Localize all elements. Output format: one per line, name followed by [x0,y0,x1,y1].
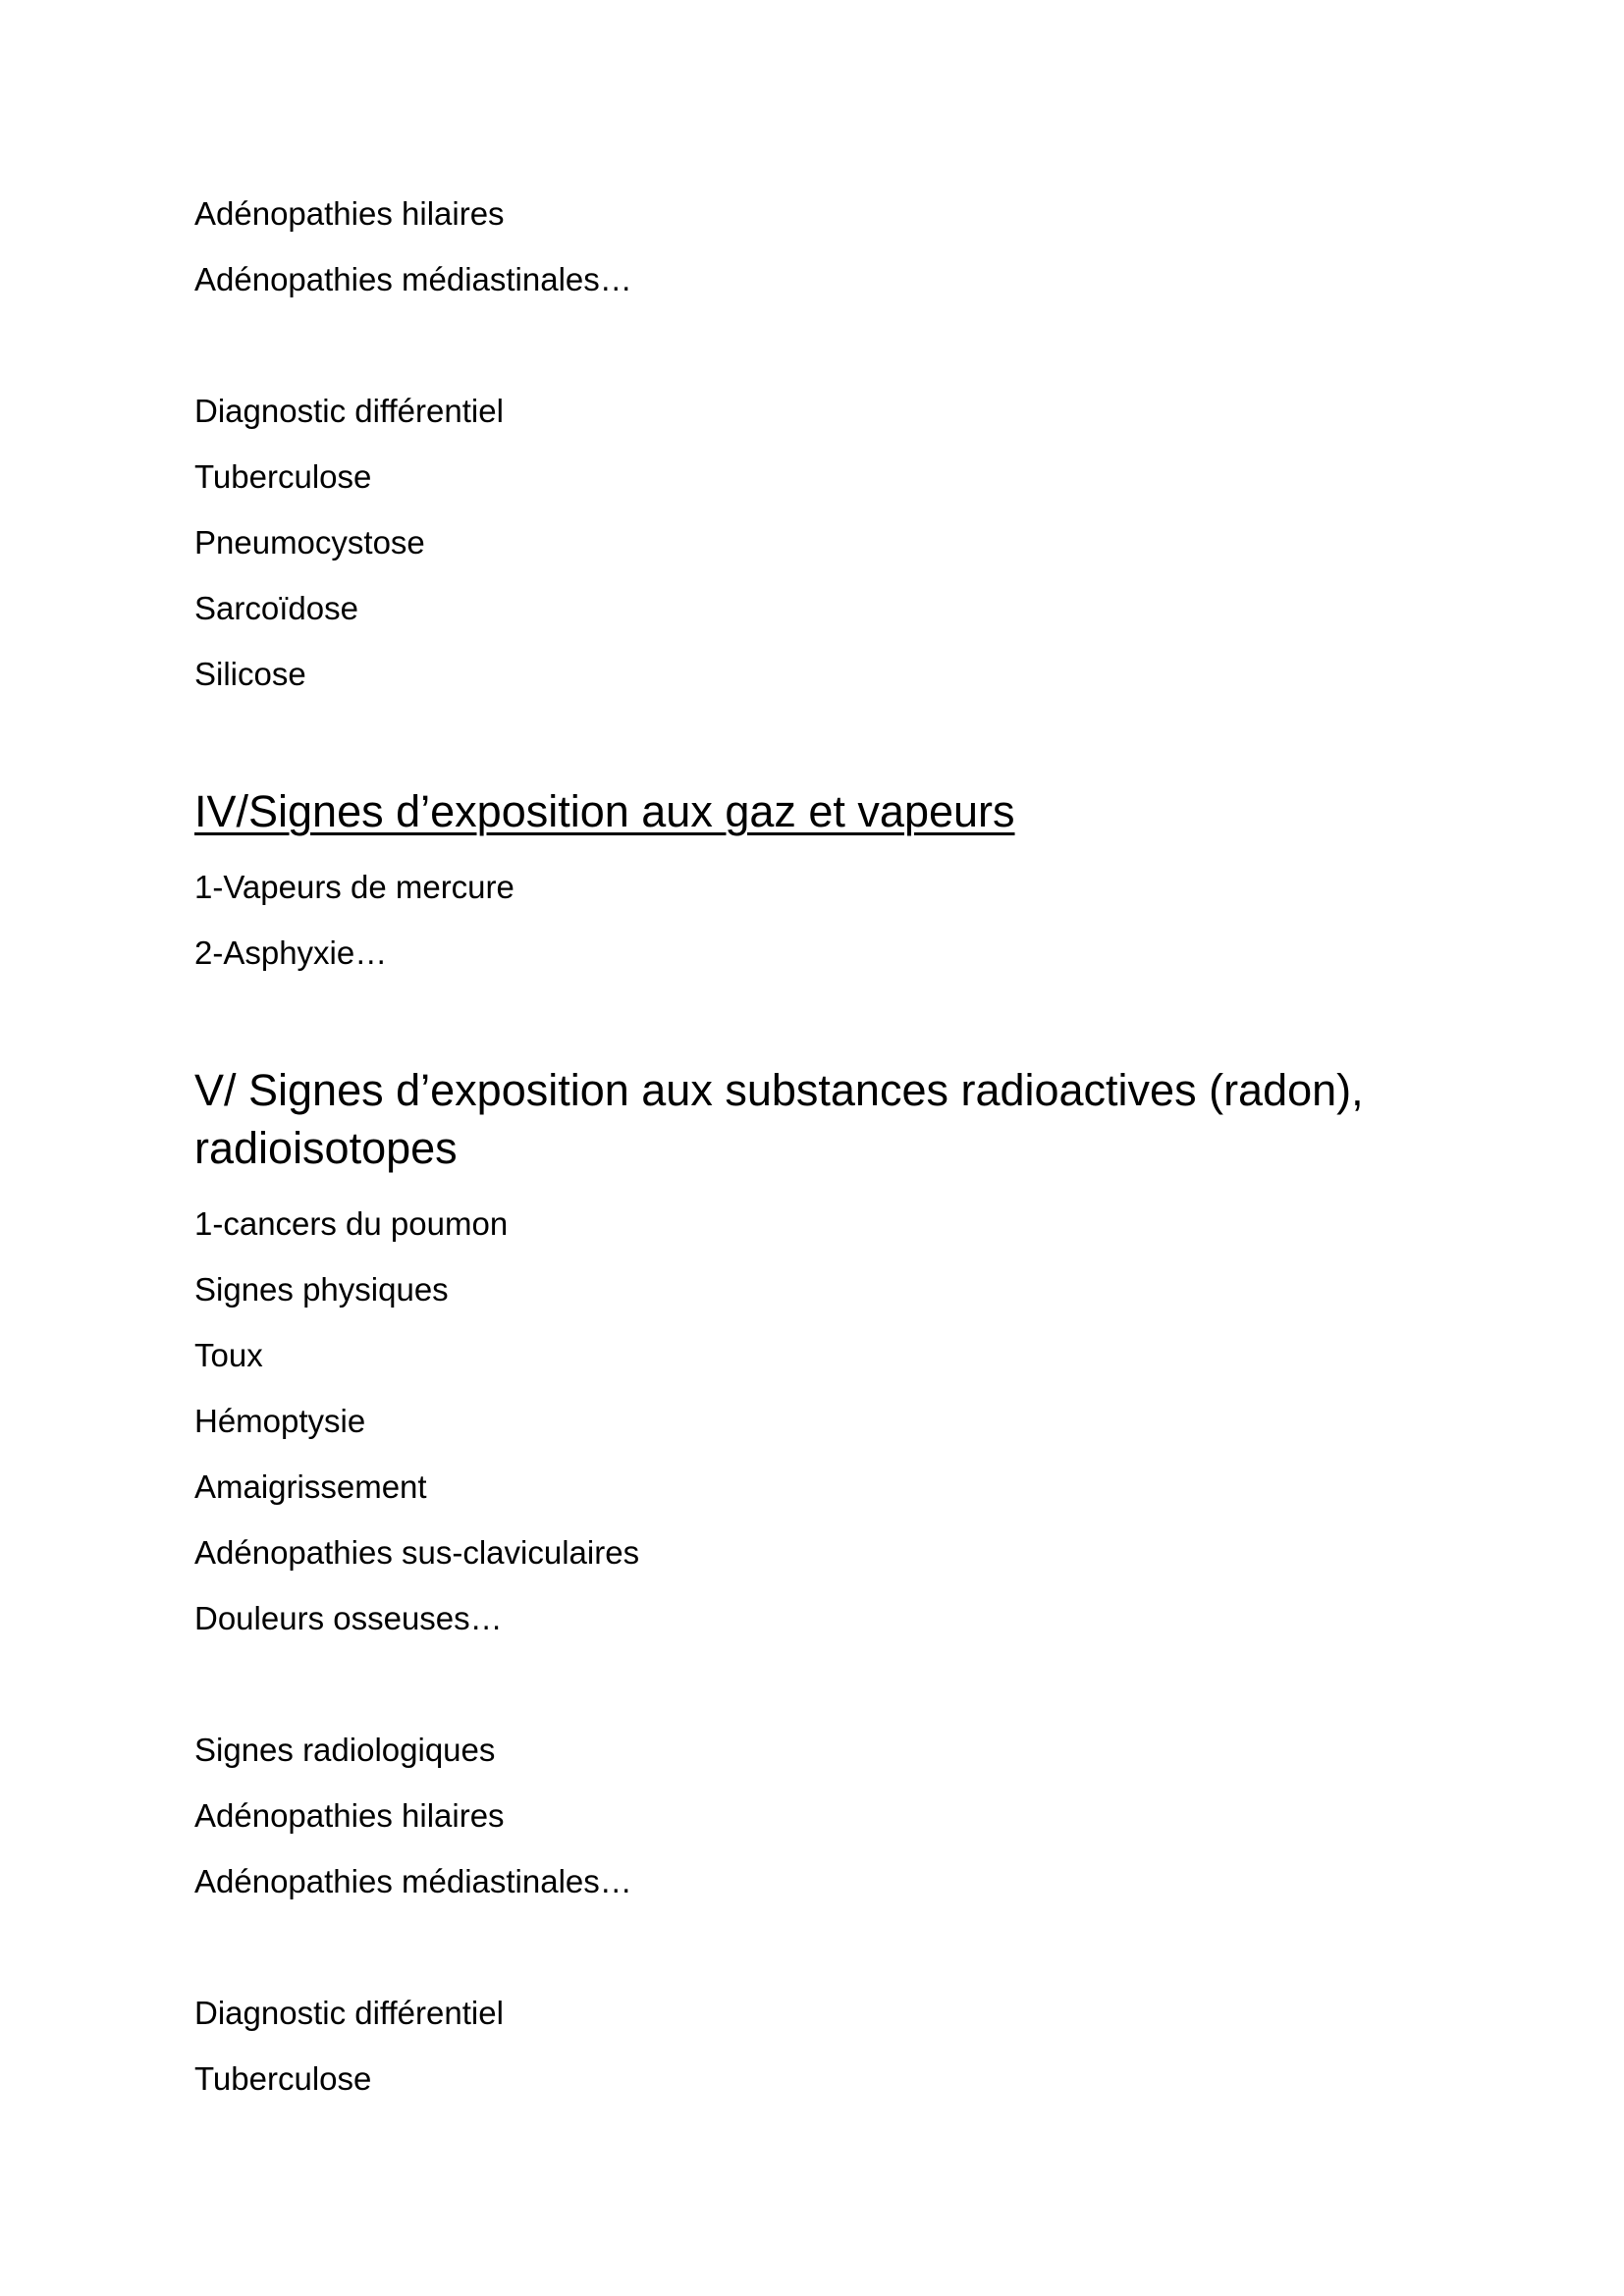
list-item: Adénopathies sus-claviculaires [194,1533,639,1573]
list-item: Tuberculose [194,457,371,497]
list-item: Adénopathies médiastinales… [194,1862,632,1901]
list-item: Douleurs osseuses… [194,1599,503,1638]
list-item: Silicose [194,655,306,694]
list-item: 2-Asphyxie… [194,934,387,973]
document-page: Adénopathies hilaires Adénopathies média… [0,0,1624,2296]
list-item: 1-Vapeurs de mercure [194,868,514,907]
section-v-heading-line2: radioisotopes [194,1120,458,1177]
text-line-adenopathies-hilaires: Adénopathies hilaires [194,194,505,234]
diagnostic-differentiel-title-2: Diagnostic différentiel [194,1994,504,2033]
section-v-heading-line1: V/ Signes d’exposition aux substances ra… [194,1062,1364,1119]
diagnostic-differentiel-title: Diagnostic différentiel [194,392,504,431]
list-item: Adénopathies hilaires [194,1796,505,1836]
list-item: Hémoptysie [194,1402,365,1441]
text-line-adenopathies-mediastinales: Adénopathies médiastinales… [194,260,632,299]
section-v-subtitle: 1-cancers du poumon [194,1204,508,1244]
signes-physiques-title: Signes physiques [194,1270,449,1309]
list-item: Sarcoïdose [194,589,358,628]
list-item: Amaigrissement [194,1468,427,1507]
list-item: Pneumocystose [194,523,425,562]
list-item: Tuberculose [194,2059,371,2099]
section-iv-heading: IV/Signes d’exposition aux gaz et vapeur… [194,783,1015,840]
signes-radiologiques-title: Signes radiologiques [194,1731,495,1770]
list-item: Toux [194,1336,263,1375]
